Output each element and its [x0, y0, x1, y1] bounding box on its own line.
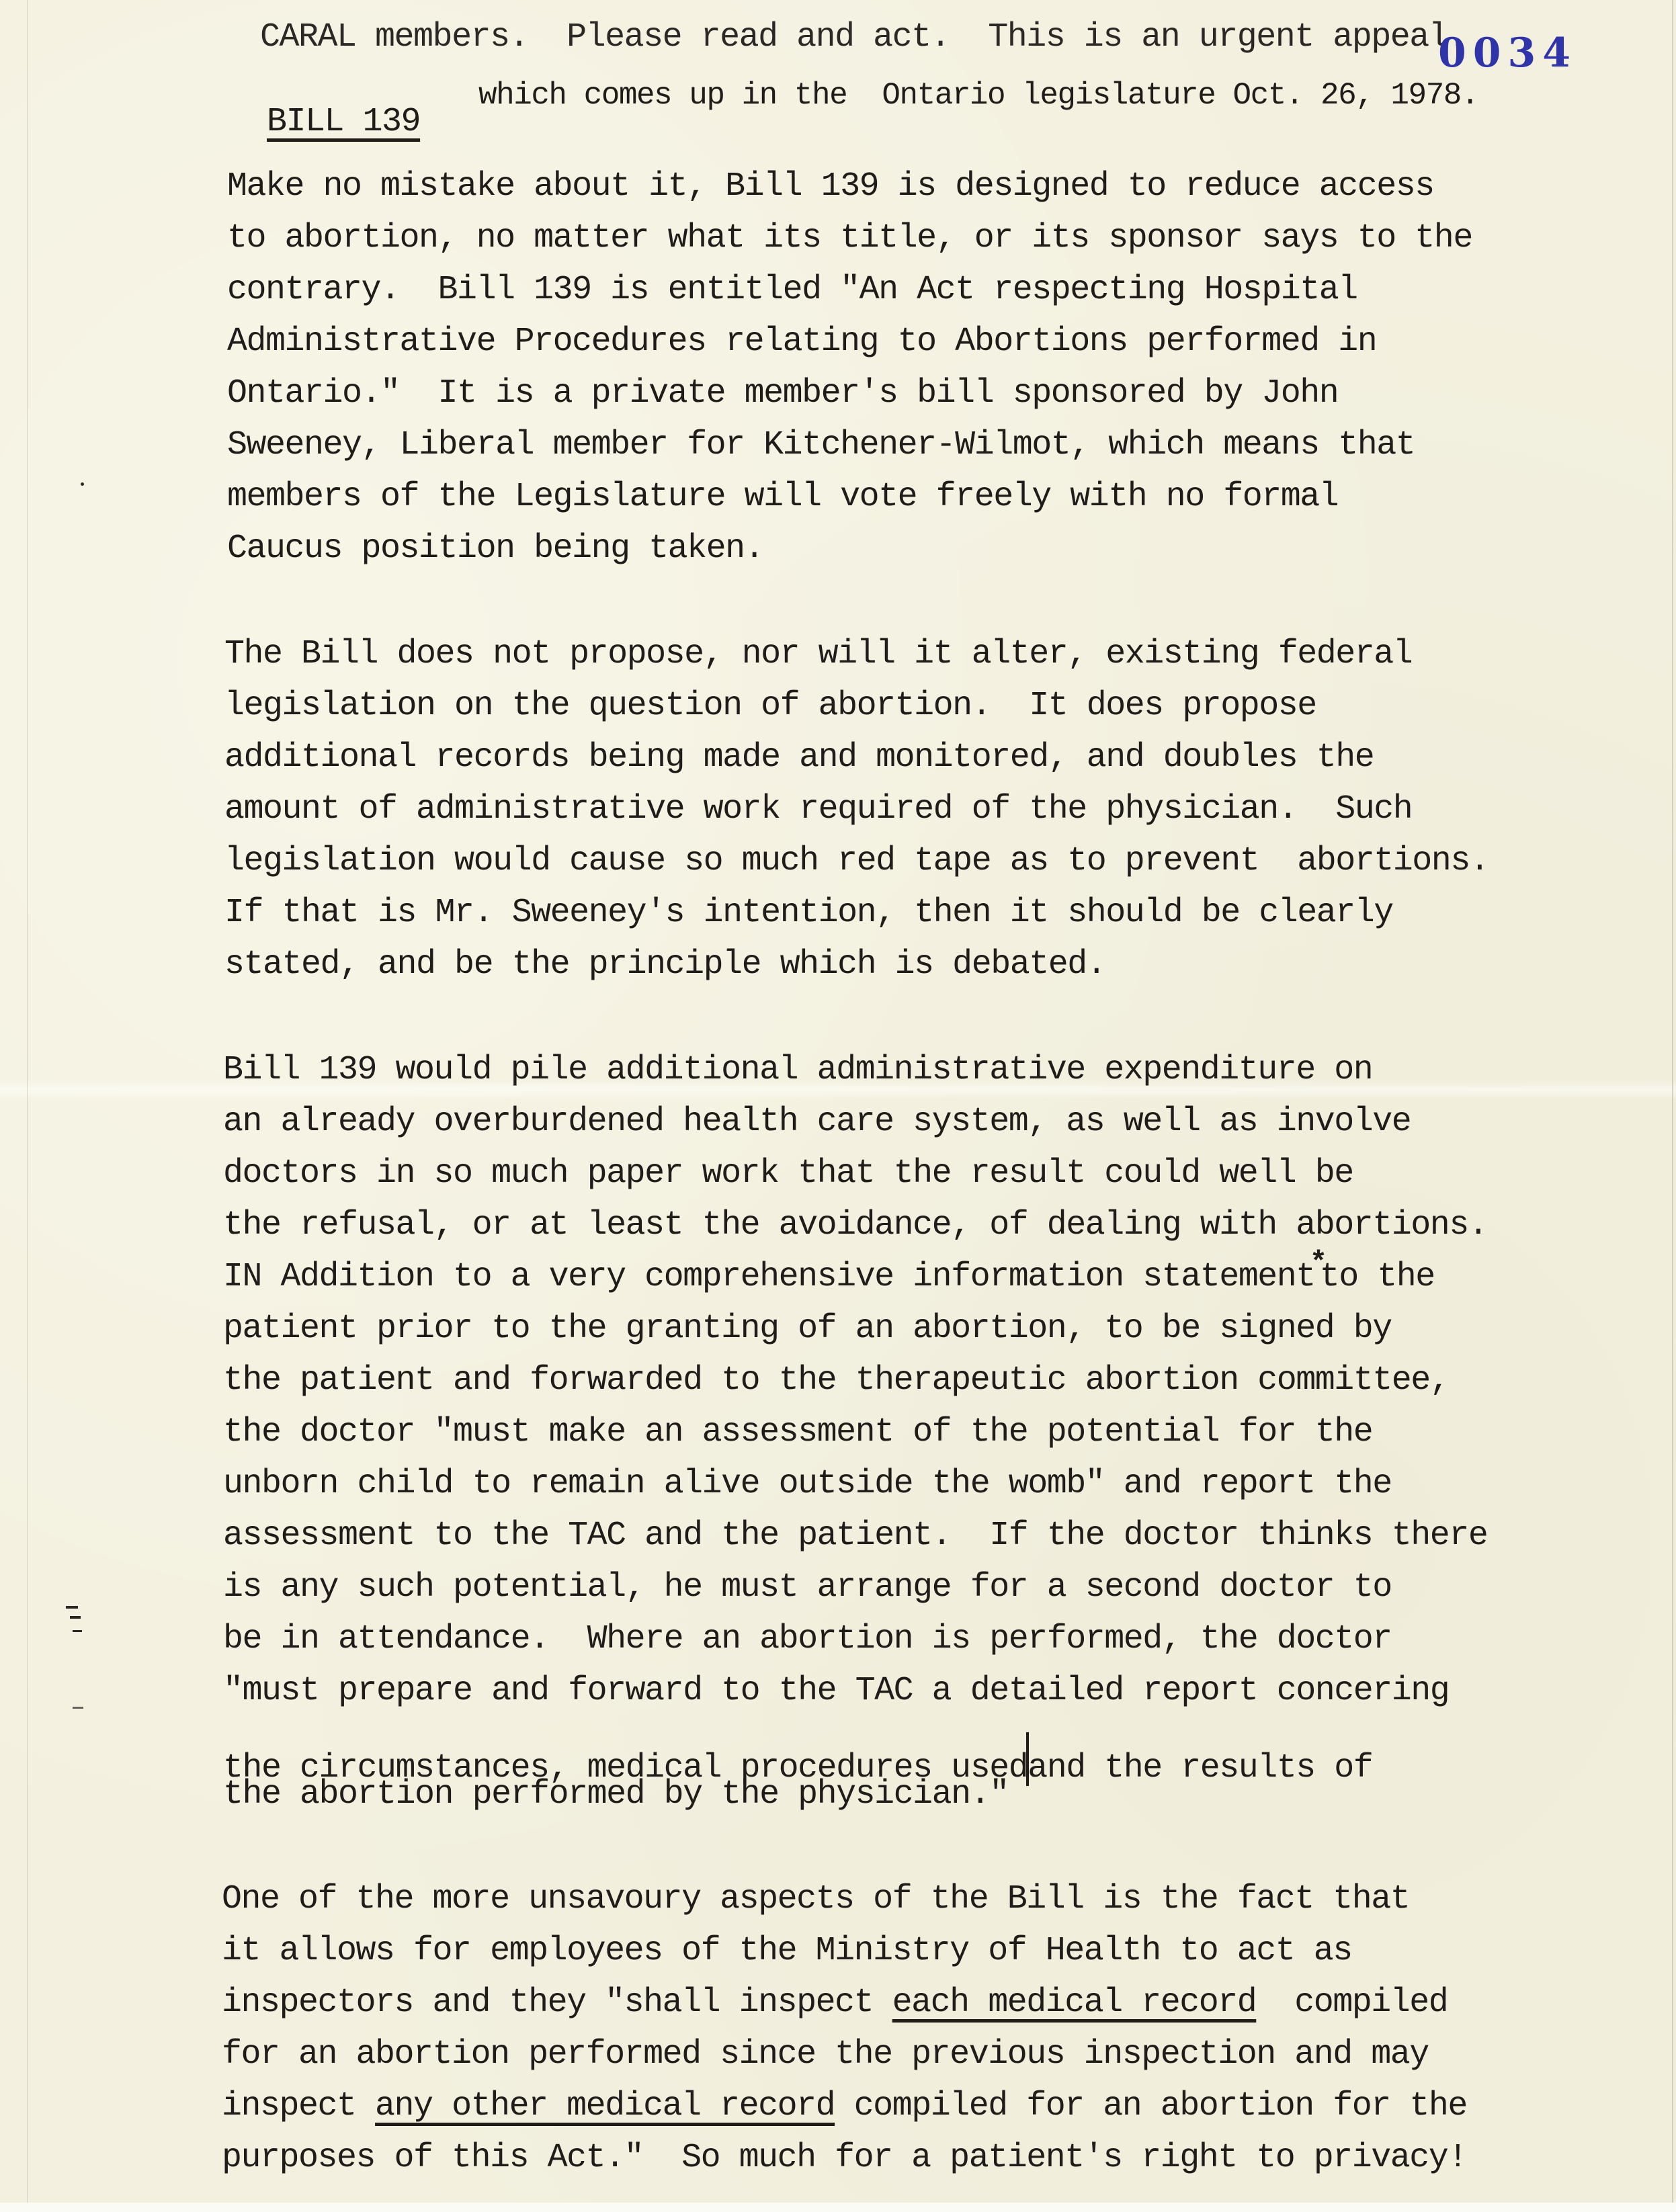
top-cutoff-line: CARAL members. Please read and act. This… [222, 0, 1467, 58]
document-title: BILL 139 [228, 62, 420, 142]
text-line: it allows for employees of the Ministry … [222, 1931, 1352, 1971]
archive-stamp-number: 0034 [1438, 30, 1577, 77]
text-segment: to the [1320, 1258, 1435, 1296]
text-segment: inspectors and they "shall inspect [222, 1984, 892, 2022]
text-line: legislation would cause so much red tape… [224, 841, 1489, 882]
text-line: inspect any other medical record compile… [222, 2086, 1467, 2127]
text-line: "must prepare and forward to the TAC a d… [223, 1671, 1449, 1711]
text-line: doctors in so much paper work that the r… [223, 1154, 1353, 1194]
text-line: purposes of this Act." So much for a pat… [222, 2138, 1467, 2178]
underlined-phrase: any other medical record [375, 2087, 835, 2125]
text-line: unborn child to remain alive outside the… [223, 1464, 1392, 1504]
scan-bottom-strip [0, 2203, 1676, 2212]
text-line: stated, and be the principle which is de… [224, 945, 1105, 985]
text-line: One of the more unsavoury aspects of the… [222, 1879, 1409, 1920]
text-segment: compiled for an abortion for the [835, 2087, 1467, 2125]
text-line: IN Addition to a very comprehensive info… [223, 1257, 1435, 1298]
margin-mark [66, 1606, 78, 1609]
text-line: Administrative Procedures relating to Ab… [227, 322, 1376, 362]
asterisk-mark: * [1310, 1246, 1327, 1280]
text-line: Caucus position being taken. [227, 529, 763, 569]
margin-mark [73, 1707, 83, 1709]
text-line: Make no mistake about it, Bill 139 is de… [227, 167, 1434, 207]
text-segment: inspect [222, 2087, 375, 2125]
text-line: is any such potential, he must arrange f… [223, 1568, 1392, 1608]
text-line: contrary. Bill 139 is entitled "An Act r… [227, 270, 1357, 310]
text-line: additional records being made and monito… [224, 738, 1374, 778]
text-line: If that is Mr. Sweeney's intention, then… [224, 893, 1393, 933]
text-line: amount of administrative work required o… [224, 790, 1412, 830]
text-line: to abortion, no matter what its title, o… [227, 218, 1472, 259]
left-margin-crease [27, 0, 28, 2203]
text-line: the abortion performed by the physician.… [223, 1775, 1009, 1815]
text-segment: compiled [1256, 1984, 1448, 2022]
text-line: assessment to the TAC and the patient. I… [223, 1516, 1487, 1556]
text-segment: and the results of [1028, 1749, 1372, 1787]
document-subtitle: which comes up in the Ontario legislatur… [478, 75, 1478, 116]
top-cutoff-text: CARAL members. Please read and act. This… [260, 18, 1467, 56]
text-line: the doctor "must make an assessment of t… [223, 1412, 1372, 1453]
text-line: patient prior to the granting of an abor… [223, 1309, 1392, 1349]
text-line: the refusal, or at least the avoidance, … [223, 1205, 1487, 1246]
text-line: Sweeney, Liberal member for Kitchener-Wi… [227, 425, 1415, 466]
text-line: inspectors and they "shall inspect each … [222, 1983, 1448, 2023]
right-paper-edge [1672, 0, 1673, 2203]
bill-title: BILL 139 [267, 103, 420, 141]
text-line: an already overburdened health care syst… [223, 1102, 1411, 1142]
margin-mark [70, 1616, 81, 1619]
text-line: for an abortion performed since the prev… [222, 2035, 1429, 2075]
text-line: the patient and forwarded to the therape… [223, 1361, 1449, 1401]
margin-dot [81, 482, 84, 486]
underlined-phrase: each medical record [892, 1984, 1257, 2022]
text-segment: IN Addition to a very comprehensive info… [223, 1258, 1315, 1296]
text-line: Bill 139 would pile additional administr… [223, 1050, 1372, 1091]
text-line: Ontario." It is a private member's bill … [227, 374, 1338, 414]
margin-mark [73, 1630, 82, 1632]
text-line: members of the Legislature will vote fre… [227, 477, 1338, 517]
text-line: The Bill does not propose, nor will it a… [224, 634, 1412, 675]
insertion-caret-mark [1026, 1732, 1029, 1786]
text-line: legislation on the question of abortion.… [224, 686, 1316, 726]
text-line: be in attendance. Where an abortion is p… [223, 1619, 1392, 1660]
